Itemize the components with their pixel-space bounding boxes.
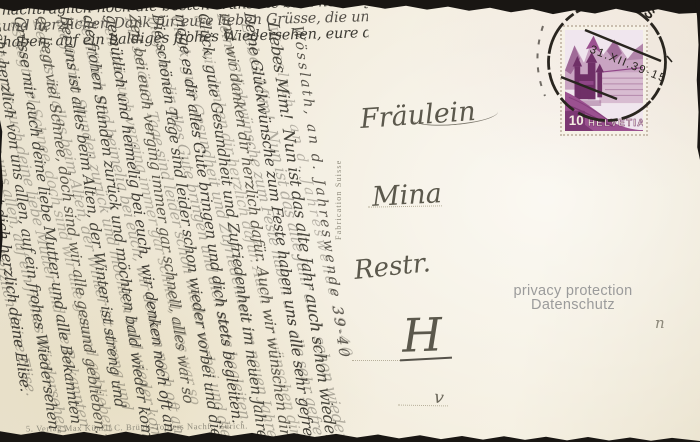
- stray-pencil-mark: n: [655, 314, 665, 332]
- privacy-line-de: Datenschutz: [478, 299, 668, 313]
- address-line-name: Mina: [371, 178, 442, 213]
- address-line-restr: Restr.: [353, 248, 432, 286]
- postcard-back: Fabrication Suisse 5. Verlag Max Künzli …: [0, 0, 700, 442]
- address-line-initial: H: [401, 307, 443, 362]
- handwriting-message: Wösslath, an d. Jahreswende 39-40 Liebes…: [0, 11, 366, 440]
- postmark-ghost-arc: [537, 26, 545, 96]
- postmark-date: 31.XII.39·15: [588, 44, 668, 86]
- privacy-overlay: privacy protection Datenschutz: [478, 285, 668, 312]
- postmark: 31.XII.39·15 S: [521, 0, 675, 132]
- scan-edge-right: [695, 0, 700, 160]
